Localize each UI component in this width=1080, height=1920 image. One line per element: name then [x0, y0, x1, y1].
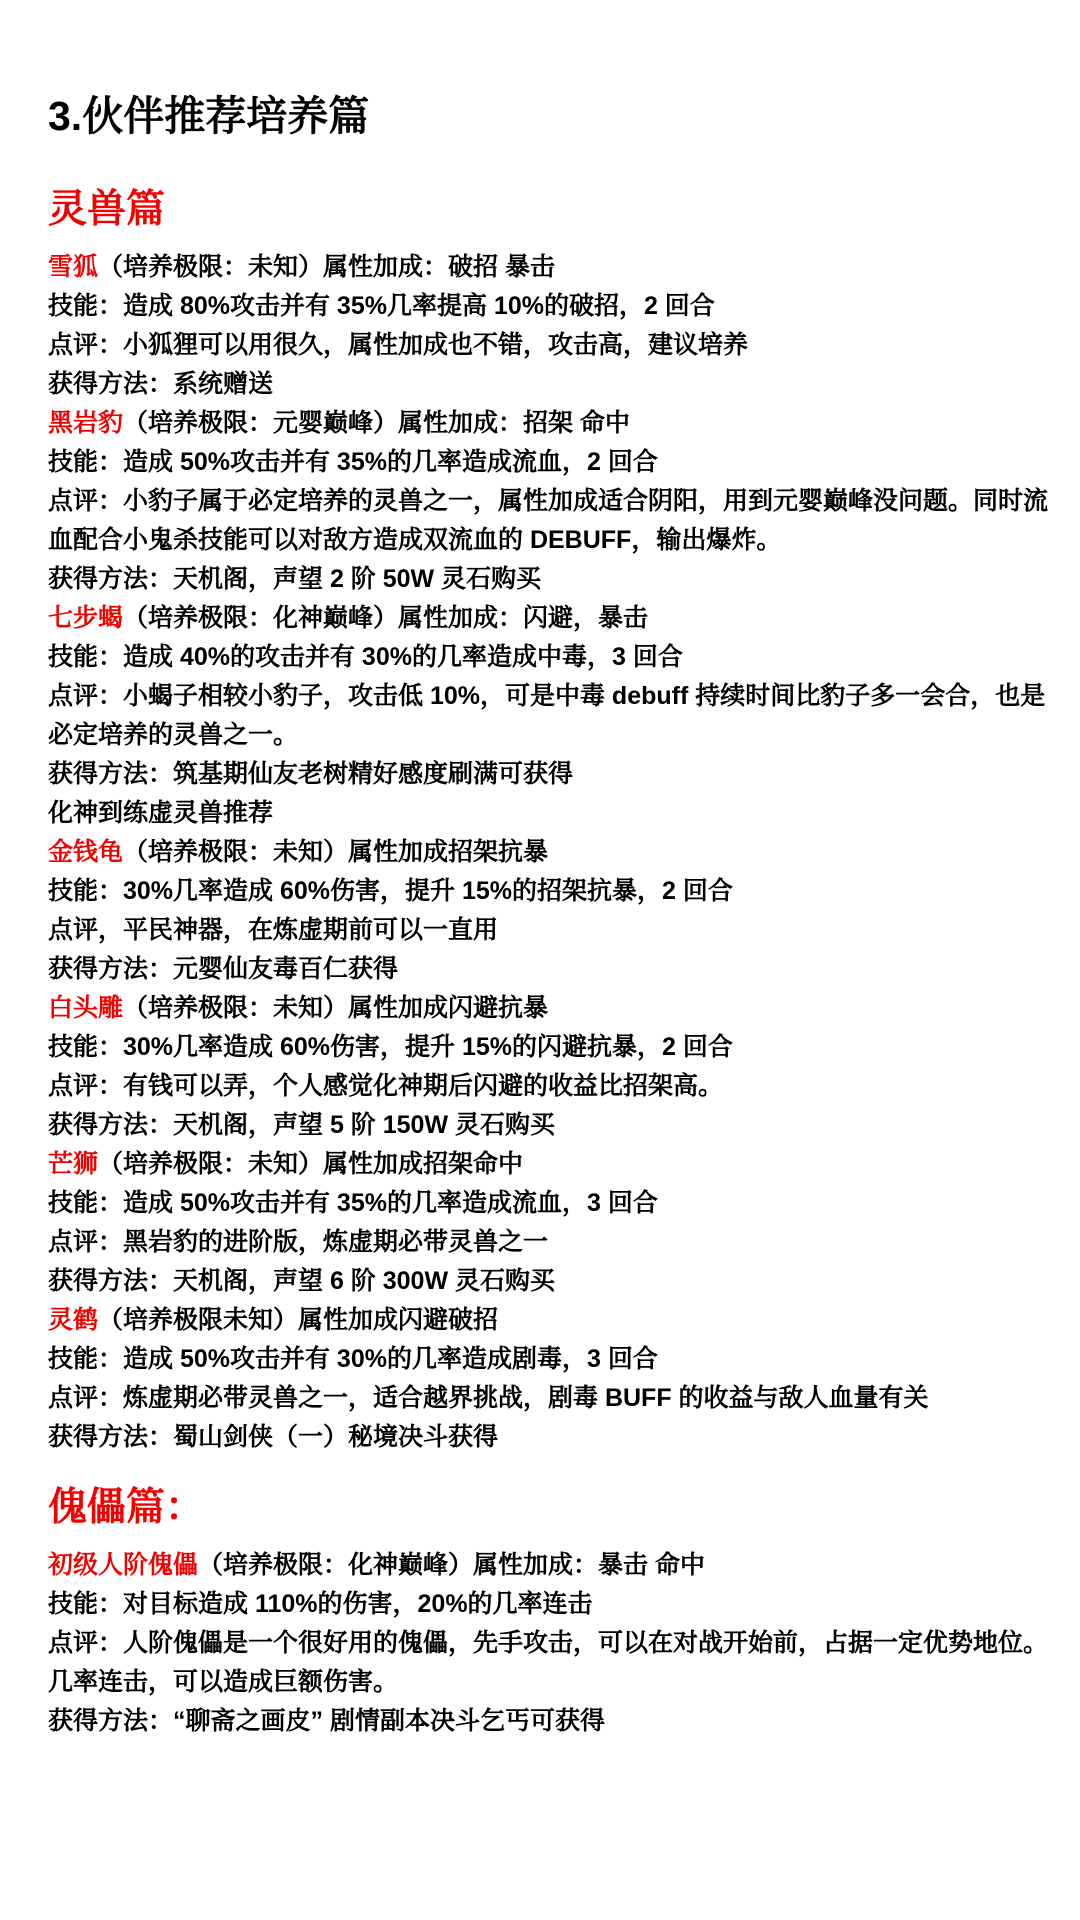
puppet-entry-renjie: 初级人阶傀儡（培养极限：化神巅峰）属性加成：暴击 命中 技能：对目标造成 110… [48, 1546, 1050, 1741]
entry-skill: 技能：造成 50%攻击并有 30%的几率造成剧毒，3 回合 [48, 1340, 1048, 1379]
entry-review: 点评：炼虚期必带灵兽之一，适合越界挑战，剧毒 BUFF 的收益与敌人血量有关 [48, 1379, 1048, 1418]
beast-entry-heiyanbao: 黑岩豹（培养极限：元婴巅峰）属性加成：招架 命中 技能：造成 50%攻击并有 3… [48, 404, 1050, 599]
sub-heading-huashen-lianxu: 化神到练虚灵兽推荐 [48, 794, 1048, 833]
entry-header-rest: （培养极限：化神巅峰）属性加成：暴击 命中 [198, 1551, 705, 1579]
entry-obtain: 获得方法：系统赠送 [48, 365, 1048, 404]
entry-review: 点评：有钱可以弄，个人感觉化神期后闪避的收益比招架高。 [48, 1067, 1048, 1106]
entry-name: 灵鹤 [48, 1306, 98, 1334]
entry-review: 点评：人阶傀儡是一个很好用的傀儡，先手攻击，可以在对战开始前，占据一定优势地位。… [48, 1624, 1048, 1702]
entry-review: 点评：小蝎子相较小豹子，攻击低 10%，可是中毒 debuff 持续时间比豹子多… [48, 677, 1048, 755]
entry-obtain: 获得方法：“聊斋之画皮” 剧情副本决斗乞丐可获得 [48, 1702, 1048, 1741]
entry-name: 七步蝎 [48, 604, 123, 632]
section-heading-puppets: 傀儡篇： [48, 1485, 1050, 1532]
entry-review: 点评：小豹子属于必定培养的灵兽之一，属性加成适合阴阳，用到元婴巅峰没问题。同时流… [48, 482, 1048, 560]
entry-header-rest: （培养极限：未知）属性加成招架命中 [98, 1150, 523, 1178]
entry-header: 芒狮（培养极限：未知）属性加成招架命中 [48, 1145, 1048, 1184]
entry-obtain: 获得方法：天机阁，声望 6 阶 300W 灵石购买 [48, 1262, 1048, 1301]
entry-header: 初级人阶傀儡（培养极限：化神巅峰）属性加成：暴击 命中 [48, 1546, 1048, 1585]
entry-header-rest: （培养极限未知）属性加成闪避破招 [98, 1306, 498, 1334]
beast-entry-linghe: 灵鹤（培养极限未知）属性加成闪避破招 技能：造成 50%攻击并有 30%的几率造… [48, 1301, 1050, 1457]
entry-obtain: 获得方法：天机阁，声望 2 阶 50W 灵石购买 [48, 560, 1048, 599]
document-page: 3.伙伴推荐培养篇 灵兽篇 雪狐（培养极限：未知）属性加成：破招 暴击 技能：造… [0, 0, 1080, 1920]
entry-name: 初级人阶傀儡 [48, 1551, 198, 1579]
entry-name: 金钱龟 [48, 838, 123, 866]
entry-header-rest: （培养极限：元婴巅峰）属性加成：招架 命中 [123, 409, 630, 437]
entry-review: 点评，平民神器，在炼虚期前可以一直用 [48, 911, 1048, 950]
entry-obtain: 获得方法：天机阁，声望 5 阶 150W 灵石购买 [48, 1106, 1048, 1145]
entry-name: 芒狮 [48, 1150, 98, 1178]
entry-name: 黑岩豹 [48, 409, 123, 437]
beast-entry-mangshi: 芒狮（培养极限：未知）属性加成招架命中 技能：造成 50%攻击并有 35%的几率… [48, 1145, 1050, 1301]
entry-header-rest: （培养极限：未知）属性加成闪避抗暴 [123, 994, 548, 1022]
entry-skill: 技能：造成 50%攻击并有 35%的几率造成流血，2 回合 [48, 443, 1048, 482]
entry-skill: 技能：30%几率造成 60%伤害，提升 15%的闪避抗暴，2 回合 [48, 1028, 1048, 1067]
entry-header-rest: （培养极限：未知）属性加成招架抗暴 [123, 838, 548, 866]
entry-skill: 技能：对目标造成 110%的伤害，20%的几率连击 [48, 1585, 1048, 1624]
entry-skill: 技能：造成 40%的攻击并有 30%的几率造成中毒，3 回合 [48, 638, 1048, 677]
entry-header: 七步蝎（培养极限：化神巅峰）属性加成：闪避，暴击 [48, 599, 1048, 638]
entry-header-rest: （培养极限：未知）属性加成：破招 暴击 [98, 253, 555, 281]
entry-skill: 技能：造成 50%攻击并有 35%的几率造成流血，3 回合 [48, 1184, 1048, 1223]
entry-skill: 技能：30%几率造成 60%伤害，提升 15%的招架抗暴，2 回合 [48, 872, 1048, 911]
entry-header: 金钱龟（培养极限：未知）属性加成招架抗暴 [48, 833, 1048, 872]
entry-header: 雪狐（培养极限：未知）属性加成：破招 暴击 [48, 248, 1048, 287]
entry-obtain: 获得方法：蜀山剑侠（一）秘境决斗获得 [48, 1418, 1048, 1457]
entry-review: 点评：小狐狸可以用很久，属性加成也不错，攻击高，建议培养 [48, 326, 1048, 365]
section-heading-beasts: 灵兽篇 [48, 187, 1050, 234]
beast-entry-baitoudiao: 白头雕（培养极限：未知）属性加成闪避抗暴 技能：30%几率造成 60%伤害，提升… [48, 989, 1050, 1145]
beast-entry-jinqiangui: 金钱龟（培养极限：未知）属性加成招架抗暴 技能：30%几率造成 60%伤害，提升… [48, 833, 1050, 989]
entry-skill: 技能：造成 80%攻击并有 35%几率提高 10%的破招，2 回合 [48, 287, 1048, 326]
entry-header: 白头雕（培养极限：未知）属性加成闪避抗暴 [48, 989, 1048, 1028]
entry-review: 点评：黑岩豹的进阶版，炼虚期必带灵兽之一 [48, 1223, 1048, 1262]
entry-name: 白头雕 [48, 994, 123, 1022]
page-title: 3.伙伴推荐培养篇 [48, 92, 1050, 141]
beast-entry-xuehu: 雪狐（培养极限：未知）属性加成：破招 暴击 技能：造成 80%攻击并有 35%几… [48, 248, 1050, 404]
entry-name: 雪狐 [48, 253, 98, 281]
entry-header: 黑岩豹（培养极限：元婴巅峰）属性加成：招架 命中 [48, 404, 1048, 443]
entry-header-rest: （培养极限：化神巅峰）属性加成：闪避，暴击 [123, 604, 648, 632]
entry-header: 灵鹤（培养极限未知）属性加成闪避破招 [48, 1301, 1048, 1340]
beast-entry-qibuxie: 七步蝎（培养极限：化神巅峰）属性加成：闪避，暴击 技能：造成 40%的攻击并有 … [48, 599, 1050, 794]
entry-obtain: 获得方法：筑基期仙友老树精好感度刷满可获得 [48, 755, 1048, 794]
entry-obtain: 获得方法：元婴仙友毒百仁获得 [48, 950, 1048, 989]
